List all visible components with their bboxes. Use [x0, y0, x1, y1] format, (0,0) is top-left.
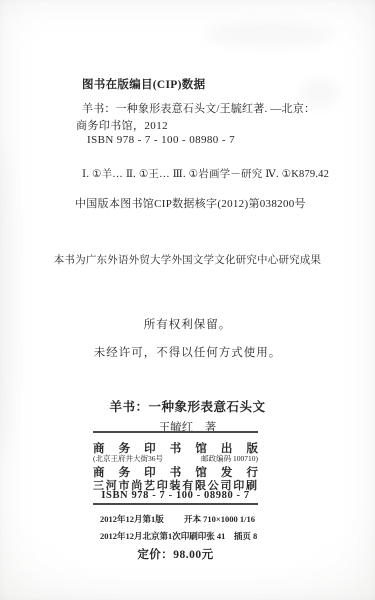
colophon-row-printing: 2012年12月北京第1次印刷 印张 41 插页 8 [100, 530, 255, 542]
rights-reserved-line: 所有权利保留。 [0, 316, 375, 332]
divider-bottom [93, 503, 258, 505]
book-copyright-page: 图书在版编目(CIP)数据 羊书：一种象形表意石头文/王毓红著. —北京： 商务… [0, 0, 375, 600]
colophon-format: 开本 710×1000 1/16 [184, 513, 255, 525]
cip-classification: Ⅰ. ①羊… Ⅱ. ①王… Ⅲ. ①岩画学－研究 Ⅳ. ①K879.42 [82, 166, 329, 181]
book-title: 羊书：一种象形表意石头文 [0, 397, 375, 415]
colophon-printing: 2012年12月北京第1次印刷 [100, 530, 198, 542]
divider-top [93, 431, 258, 433]
colophon-row-edition: 2012年12月第1版 开本 710×1000 1/16 [100, 513, 255, 525]
cip-record-number: 中国版本图书馆CIP数据核字(2012)第038200号 [75, 195, 306, 211]
cip-publisher-line: 商务印书馆，2012 [76, 117, 168, 133]
research-note: 本书为广东外语外贸大学外国文学文化研究中心研究成果 [0, 252, 375, 267]
imprint-postcode: 邮政编码 100710) [201, 453, 258, 464]
imprint-address-row: (北京王府井大街36号 邮政编码 100710) [93, 453, 258, 464]
price: 定价：98.00元 [93, 546, 258, 562]
cip-header: 图书在版编目(CIP)数据 [82, 76, 205, 92]
colophon-edition: 2012年12月第1版 [100, 513, 164, 525]
colophon-sheets: 印张 41 插页 8 [198, 530, 258, 542]
scan-artifact [205, 22, 335, 48]
cip-isbn: ISBN 978 - 7 - 100 - 08980 - 7 [87, 134, 235, 146]
imprint-isbn: ISBN 978 - 7 - 100 - 08980 - 7 [93, 490, 258, 501]
rights-usage-line: 未经许可，不得以任何方式使用。 [0, 344, 375, 360]
cip-title-line: 羊书：一种象形表意石头文/王毓红著. —北京： [82, 100, 315, 116]
imprint-address: (北京王府井大街36号 [93, 453, 163, 464]
